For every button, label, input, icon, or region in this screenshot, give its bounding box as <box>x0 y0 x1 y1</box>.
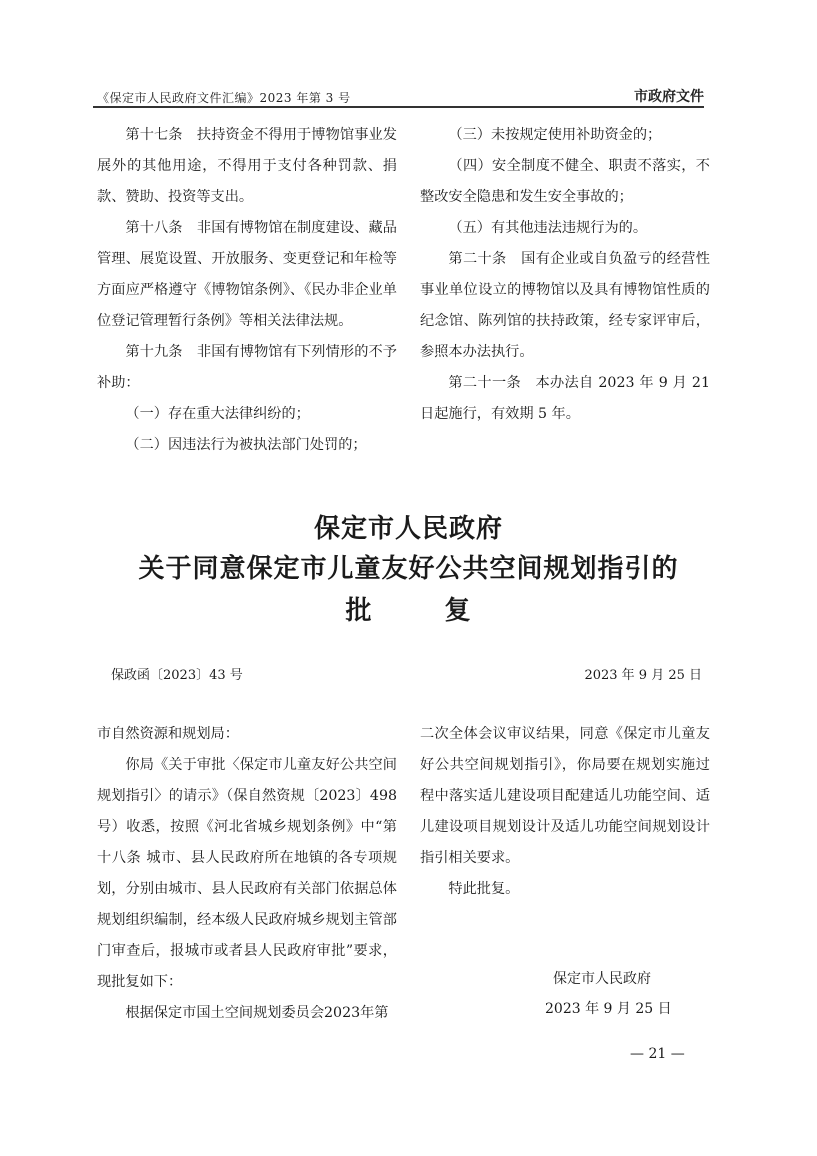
addressee: 市自然资源和规划局： <box>97 719 397 750</box>
top-left-column: 第十七条 扶持资金不得用于博物馆事业发展外的其他用途，不得用于支付各种罚款、捐款… <box>97 120 397 461</box>
paragraph-article-17: 第十七条 扶持资金不得用于博物馆事业发展外的其他用途，不得用于支付各种罚款、捐款… <box>97 120 397 213</box>
document-number: 保政函〔2023〕43 号 <box>111 664 243 683</box>
top-right-column: （三）未按规定使用补助资金的； （四）安全制度不健全、职责不落实，不整改安全隐患… <box>420 120 710 430</box>
paragraph-request: 你局《关于审批〈保定市儿童友好公共空间规划指引〉的请示》（保自然资规〔2023〕… <box>97 750 397 998</box>
paragraph-decision-start: 根据保定市国土空间规划委员会2023年第 <box>97 998 397 1029</box>
paragraph-article-18: 第十八条 非国有博物馆在制度建设、藏品管理、展览设置、开放服务、变更登记和年检等… <box>97 213 397 337</box>
paragraph-item-5: （五）有其他违法违规行为的。 <box>420 213 710 244</box>
document-date: 2023 年 9 月 25 日 <box>584 664 702 683</box>
header-divider <box>93 106 704 108</box>
bottom-right-column: 二次全体会议审议结果，同意《保定市儿童友好公共空间规划指引》，你局要在规划实施过… <box>420 719 710 905</box>
paragraph-item-1: （一）存在重大法律纠纷的； <box>97 399 397 430</box>
title-char-fu: 复 <box>445 590 472 627</box>
signature-organization: 保定市人民政府 <box>553 968 651 988</box>
document-title-line-2: 关于同意保定市儿童友好公共空间规划指引的 <box>0 548 817 585</box>
title-char-pi: 批 <box>345 590 372 627</box>
running-header-publication: 《保定市人民政府文件汇编》2023 年第 3 号 <box>97 89 351 106</box>
document-title-line-1: 保定市人民政府 <box>0 508 817 545</box>
paragraph-article-21: 第二十一条 本办法自 2023 年 9 月 21 日起施行，有效期 5 年。 <box>420 368 710 430</box>
paragraph-item-4: （四）安全制度不健全、职责不落实，不整改安全隐患和发生安全事故的； <box>420 151 710 213</box>
running-header-section: 市政府文件 <box>634 86 704 106</box>
page-number: — 21 — <box>630 1046 685 1062</box>
bottom-left-column: 市自然资源和规划局： 你局《关于审批〈保定市儿童友好公共空间规划指引〉的请示》（… <box>97 719 397 1029</box>
paragraph-decision-continued: 二次全体会议审议结果，同意《保定市儿童友好公共空间规划指引》，你局要在规划实施过… <box>420 719 710 874</box>
paragraph-article-19: 第十九条 非国有博物馆有下列情形的不予补助： <box>97 337 397 399</box>
paragraph-article-20: 第二十条 国有企业或自负盈亏的经营性事业单位设立的博物馆以及具有博物馆性质的纪念… <box>420 244 710 368</box>
signature-date: 2023 年 9 月 25 日 <box>545 998 672 1018</box>
paragraph-item-2: （二）因违法行为被执法部门处罚的； <box>97 430 397 461</box>
paragraph-closing: 特此批复。 <box>420 874 710 905</box>
document-title-line-3: 批复 <box>0 590 817 627</box>
paragraph-item-3: （三）未按规定使用补助资金的； <box>420 120 710 151</box>
